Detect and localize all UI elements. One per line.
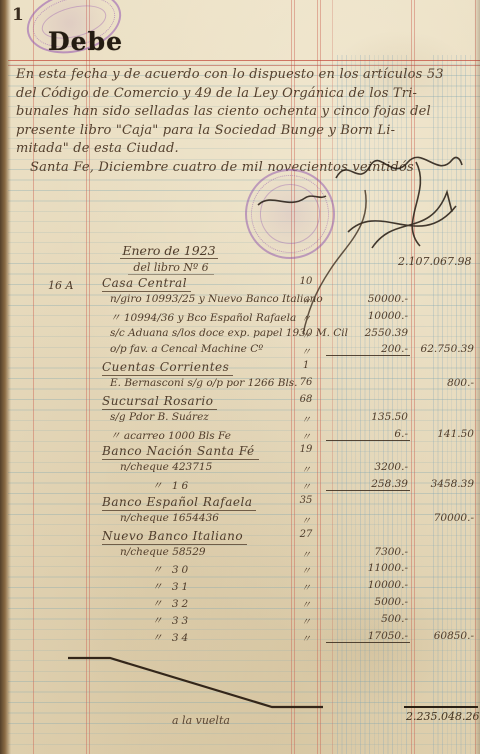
ledger-row: E. Bernasconi s/g o/p por 1266 Bls. 76 8…	[0, 377, 480, 394]
attestation-dateline: Santa Fe, Diciembre cuatro de mil noveci…	[16, 159, 468, 178]
entry-description: 〃 10994/36 y Bco Español Rafaela	[110, 310, 296, 325]
entry-total: 3458.39	[410, 478, 474, 490]
entry-folio: 〃	[288, 461, 324, 476]
entry-description: Banco Nación Santa Fé	[102, 444, 259, 460]
entry-folio: 〃	[288, 343, 324, 358]
ledger-row: 〃 30 〃 11000.-	[0, 562, 480, 579]
entry-folio: 〃	[288, 512, 324, 527]
entry-folio: 〃	[288, 630, 324, 645]
entry-folio: 19	[288, 444, 324, 455]
entry-amount: 10000.-	[326, 579, 410, 591]
entry-description: s/g Pdor B. Suárez	[110, 411, 209, 423]
ledger-row: n/cheque 58529 〃 7300.-	[0, 546, 480, 563]
period-title: Enero de 1923	[120, 243, 218, 259]
attestation-line: bunales han sido selladas las ciento och…	[16, 103, 468, 122]
entry-description: n/cheque 423715	[120, 461, 212, 473]
entry-folio: 〃	[288, 293, 324, 308]
entry-folio: 76	[288, 377, 324, 388]
ledger-row: Cuentas Corrientes 1	[0, 360, 480, 377]
entry-description: n/cheque 58529	[120, 546, 206, 558]
final-total-rule	[404, 706, 478, 708]
entry-description: E. Bernasconi s/g o/p por 1266 Bls.	[110, 377, 298, 389]
entry-description: 〃 acarreo 1000 Bls Fe	[110, 428, 231, 443]
entry-amount: 17050.-	[326, 630, 410, 643]
ledger-row: 〃 34 〃 17050.- 60850.-	[0, 630, 480, 647]
ledger-row: Banco Nación Santa Fé 19	[0, 444, 480, 461]
entry-folio: 27	[288, 529, 324, 540]
ledger-row: n/cheque 1654436 〃 70000.-	[0, 512, 480, 529]
entry-amount: 11000.-	[326, 562, 410, 574]
entry-total: 60850.-	[410, 630, 474, 642]
ledger-row: Nuevo Banco Italiano 27	[0, 529, 480, 546]
entry-folio: 〃	[288, 596, 324, 611]
final-total: 2.235.048.26	[406, 710, 474, 723]
entry-amount: 3200.-	[326, 461, 410, 473]
ledger-row: s/c Aduana s/los doce exp. papel 1930 M.…	[0, 327, 480, 344]
ledger-row: s/g Pdor B. Suárez 〃 135.50	[0, 411, 480, 428]
entry-description: Nuevo Banco Italiano	[102, 529, 247, 545]
entry-folio: 〃	[288, 428, 324, 443]
entry-description: n/cheque 1654436	[120, 512, 219, 524]
entry-amount: 500.-	[326, 613, 410, 625]
entry-amount: 6.-	[326, 428, 410, 441]
sealing-attestation: En esta fecha y de acuerdo con lo dispue…	[16, 66, 468, 178]
ledger-entries: Casa Central 10 n/giro 10993/25 y Nuevo …	[0, 276, 480, 647]
entry-folio: 〃	[288, 579, 324, 594]
entry-description: 〃 33	[152, 613, 191, 628]
entry-folio: 〃	[288, 562, 324, 577]
page-title: Debe	[48, 27, 112, 56]
entry-amount: 7300.-	[326, 546, 410, 558]
page-number: 1	[12, 5, 24, 25]
entry-total: 141.50	[410, 428, 474, 440]
entry-total: 800.-	[410, 377, 474, 389]
entry-total: 62.750.39	[410, 343, 474, 355]
entry-amount: 10000.-	[326, 310, 410, 322]
carry-forward-amount: 2.107.067.98	[398, 255, 468, 268]
entry-amount: 5000.-	[326, 596, 410, 608]
entry-description: Banco Español Rafaela	[102, 495, 256, 511]
entry-description: 〃 30	[152, 562, 191, 577]
ledger-row: Banco Español Rafaela 35	[0, 495, 480, 512]
ledger-row: 〃 acarreo 1000 Bls Fe 〃 6.- 141.50	[0, 428, 480, 445]
ledger-row: Casa Central 10	[0, 276, 480, 293]
page-edge-shadow	[474, 0, 480, 754]
entry-description: Casa Central	[102, 276, 191, 292]
entry-folio: 68	[288, 394, 324, 405]
attestation-line: presente libro "Caja" para la Sociedad B…	[16, 122, 468, 141]
ledger-row: 〃 10994/36 y Bco Español Rafaela 〃 10000…	[0, 310, 480, 327]
entry-amount: 258.39	[326, 478, 410, 491]
ledger-row: Sucursal Rosario 68	[0, 394, 480, 411]
period-subtitle: del libro Nº 6	[128, 261, 214, 275]
attestation-line: En esta fecha y de acuerdo con lo dispue…	[16, 66, 468, 85]
attestation-line: mitada" de esta Ciudad.	[16, 140, 468, 159]
carry-over-note: a la vuelta	[172, 714, 230, 727]
entry-amount: 2550.39	[326, 327, 410, 339]
attestation-line: del Código de Comercio y 49 de la Ley Or…	[16, 85, 468, 104]
entry-description: 〃 34	[152, 630, 191, 645]
entry-amount: 50000.-	[326, 293, 410, 305]
ledger-row: 〃 33 〃 500.-	[0, 613, 480, 630]
entry-description: Cuentas Corrientes	[102, 360, 233, 376]
ledger-row: 〃 16 〃 258.39 3458.39	[0, 478, 480, 495]
entry-description: o/p fav. a Cencal Machine Cº	[110, 343, 263, 355]
entry-total: 70000.-	[410, 512, 474, 524]
entry-folio: 〃	[288, 478, 324, 493]
ledger-page: 1 Debe En esta fecha y de acuerdo con lo…	[0, 0, 480, 754]
entry-folio: 35	[288, 495, 324, 506]
entry-description: 〃 16	[152, 478, 191, 493]
ledger-row: 〃 31 〃 10000.-	[0, 579, 480, 596]
entry-amount: 200.-	[326, 343, 410, 356]
header-rule	[8, 60, 480, 66]
entry-description: Sucursal Rosario	[102, 394, 217, 410]
entry-folio: 〃	[288, 310, 324, 325]
binding-edge	[0, 0, 11, 754]
ledger-row: n/cheque 423715 〃 3200.-	[0, 461, 480, 478]
ledger-row: n/giro 10993/25 y Nuevo Banco Italiano 〃…	[0, 293, 480, 310]
entry-folio: 10	[288, 276, 324, 287]
entry-description: 〃 32	[152, 596, 191, 611]
entry-folio: 〃	[288, 613, 324, 628]
entry-folio: 〃	[288, 327, 324, 342]
ledger-row: 〃 32 〃 5000.-	[0, 596, 480, 613]
entry-description: 〃 31	[152, 579, 191, 594]
entry-folio: 〃	[288, 546, 324, 561]
entry-amount: 135.50	[326, 411, 410, 423]
ledger-row: o/p fav. a Cencal Machine Cº 〃 200.- 62.…	[0, 343, 480, 360]
entry-folio: 1	[288, 360, 324, 371]
entry-folio: 〃	[288, 411, 324, 426]
